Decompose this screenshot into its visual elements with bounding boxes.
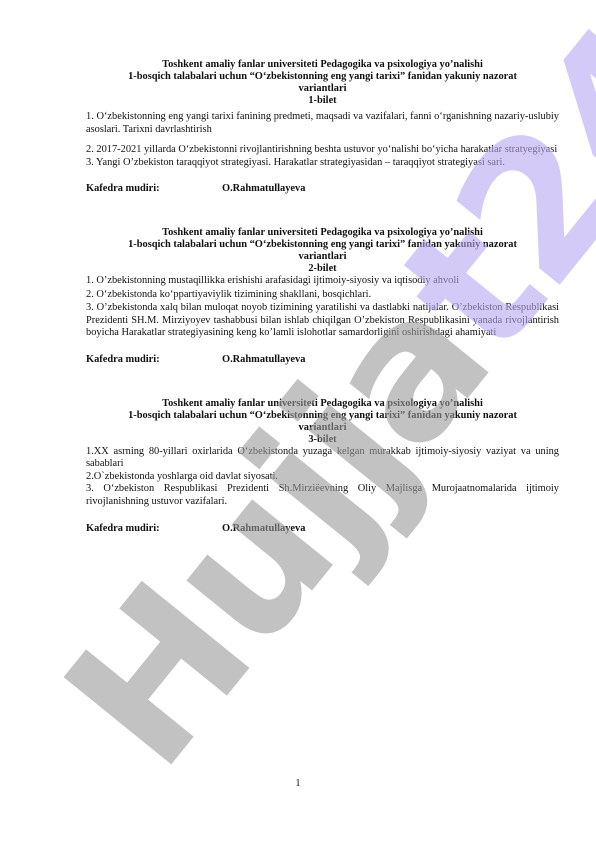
page-content: Toshkent amaliy fanlar universiteti Peda… — [86, 59, 559, 535]
question-3: 3. O‘zbekiston Respublikasi Prezidenti S… — [86, 483, 559, 508]
question-1: 1. O’zbekistonning mustaqillikka erishis… — [86, 275, 559, 288]
signature-name: O.Rahmatullayeva — [222, 183, 305, 196]
question-2: 2.O`zbekistonda yoshlarga oid davlat siy… — [86, 471, 559, 484]
ticket-1: Toshkent amaliy fanlar universiteti Peda… — [86, 59, 559, 196]
variants-line: variantlari — [86, 83, 559, 95]
ticket-header: Toshkent amaliy fanlar universiteti Peda… — [86, 227, 559, 275]
ticket-3: Toshkent amaliy fanlar universiteti Peda… — [86, 398, 559, 536]
course-line: 1-bosqich talabalari uchun “O‘zbekistonn… — [86, 71, 559, 83]
ticket-number: 2-bilet — [86, 263, 559, 275]
university-line: Toshkent amaliy fanlar universiteti Peda… — [86, 227, 559, 239]
university-line: Toshkent amaliy fanlar universiteti Peda… — [86, 59, 559, 71]
signature-label: Kafedra mudiri: — [86, 354, 222, 367]
ticket-header: Toshkent amaliy fanlar universiteti Peda… — [86, 59, 559, 107]
signature: Kafedra mudiri: O.Rahmatullayeva — [86, 523, 559, 536]
signature-name: O.Rahmatullayeva — [222, 523, 305, 536]
question-3: 3. O’zbekistonda xalq bilan muloqat noyo… — [86, 302, 559, 340]
question-2: 2. O‘zbekistonda ko‘ppartiyaviylik tizim… — [86, 289, 559, 302]
ticket-2: Toshkent amaliy fanlar universiteti Peda… — [86, 227, 559, 367]
course-line: 1-bosqich talabalari uchun “O‘zbekistonn… — [86, 239, 559, 251]
question-1: 1. O‘zbekistonning eng yangi tarixi fani… — [86, 111, 559, 136]
spacer — [86, 367, 559, 398]
signature: Kafedra mudiri: O.Rahmatullayeva — [86, 183, 559, 196]
signature: Kafedra mudiri: O.Rahmatullayeva — [86, 354, 559, 367]
spacer — [86, 196, 559, 227]
document-page: Toshkent amaliy fanlar universiteti Peda… — [0, 0, 596, 842]
ticket-number: 3-bilet — [86, 434, 559, 446]
course-line: 1-bosqich talabalari uchun “O‘zbekistonn… — [86, 410, 559, 422]
page-number: 1 — [0, 778, 596, 789]
signature-label: Kafedra mudiri: — [86, 183, 222, 196]
signature-label: Kafedra mudiri: — [86, 523, 222, 536]
ticket-header: Toshkent amaliy fanlar universiteti Peda… — [86, 398, 559, 446]
question-2: 2. 2017-2021 yillarda O‘zbekistonni rivo… — [86, 144, 559, 157]
ticket-number: 1-bilet — [86, 95, 559, 107]
variants-line: variantlari — [86, 422, 559, 434]
university-line: Toshkent amaliy fanlar universiteti Peda… — [86, 398, 559, 410]
question-1: 1.XX asrning 80-yillari oxirlarida O‘zbe… — [86, 446, 559, 471]
question-3: 3. Yangi O’zbekiston taraqqiyot strategi… — [86, 157, 559, 170]
signature-name: O.Rahmatullayeva — [222, 354, 305, 367]
variants-line: variantlari — [86, 251, 559, 263]
